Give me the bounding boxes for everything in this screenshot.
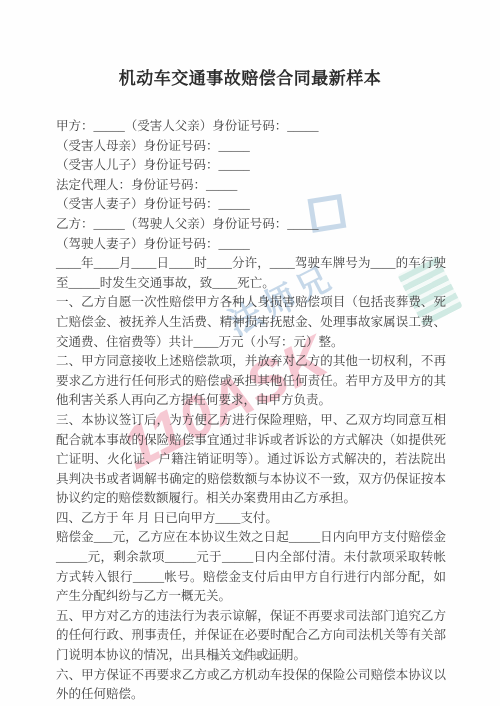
- paragraph-clause-6: 六、甲方保证不再要求乙方或乙方机动车投保的保险公司赔偿本协议以外的任何赔偿。: [56, 666, 446, 705]
- party-line-yifang-father: 乙方：_____（驾驶人父亲）身份证号码：_____: [56, 215, 446, 235]
- party-line-victim-son: （受害人儿子）身份证号码：_____: [56, 156, 446, 176]
- party-line-driver-wife: （驾驶人妻子）身份证号码：_____: [56, 235, 446, 255]
- paragraph-clause-2: 二、甲方同意接收上述赔偿款项，并放弃对乙方的其他一切权利，不再要求乙方进行任何形…: [56, 352, 446, 411]
- party-line-legal-agent: 法定代理人：身份证号码：_____: [56, 176, 446, 196]
- party-line-victim-mother: （受害人母亲）身份证号码：_____: [56, 137, 446, 157]
- page-number: 第 1 页 共 2 页: [0, 650, 500, 663]
- paragraph-clause-3: 三、本协议签订后，为方便乙方进行保险理赔，甲、乙双方均同意互相配合就本事故的保险…: [56, 411, 446, 509]
- paragraph-clause-4-payment-detail: 赔偿金___元，乙方应在本协议生效之日起_____日内向甲方支付赔偿金_____…: [56, 528, 446, 606]
- document-title: 机动车交通事故赔偿合同最新样本: [0, 64, 500, 89]
- party-line-jiafang-father: 甲方：_____（受害人父亲）身份证号码：_____: [56, 117, 446, 137]
- paragraph-clause-1: 一、乙方自愿一次性赔偿甲方各种人身损害赔偿项目（包括丧葬费、死亡赔偿金、被抚养人…: [56, 293, 446, 352]
- paragraph-clause-4-payment-date: 四、乙方于 年 月 日已向甲方____支付。: [56, 509, 446, 529]
- party-line-victim-wife: （受害人妻子）身份证号码：_____: [56, 195, 446, 215]
- document-body: 甲方：_____（受害人父亲）身份证号码：_____ （受害人母亲）身份证号码：…: [56, 117, 446, 705]
- document-page: 法师兄 110ASK 机动车交通事故赔偿合同最新样本 甲方：_____（受害人父…: [0, 0, 500, 706]
- paragraph-accident-intro: ____年____月____日____时____分许，____驾驶车牌号为___…: [56, 254, 446, 293]
